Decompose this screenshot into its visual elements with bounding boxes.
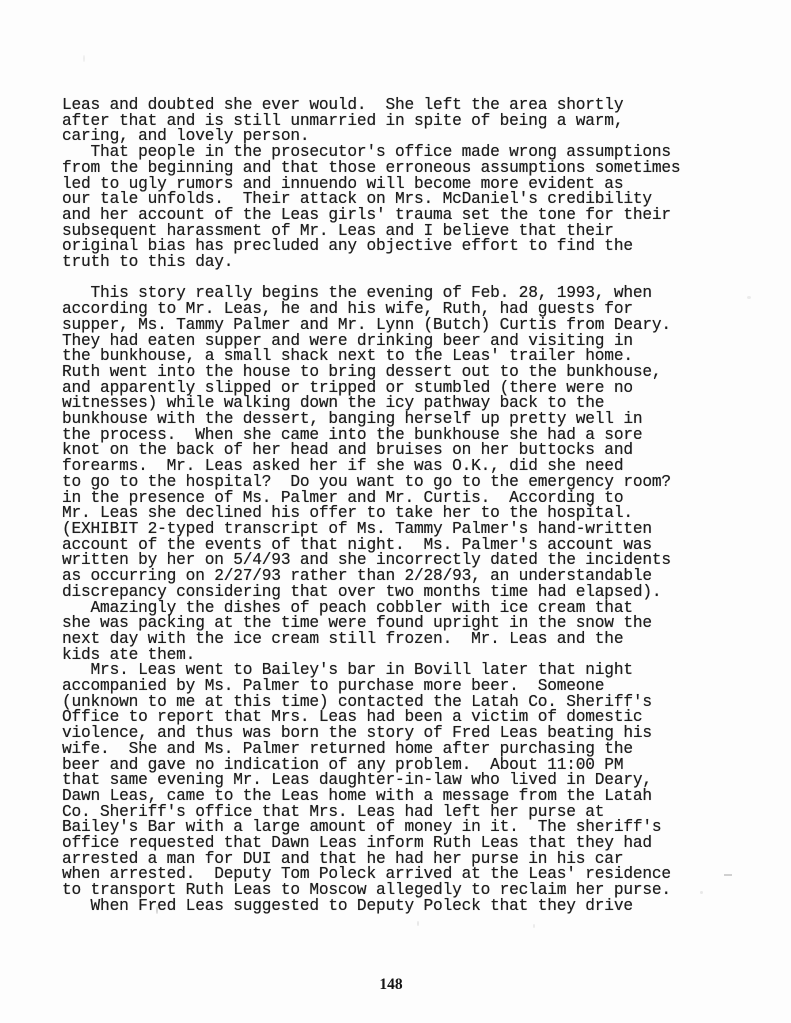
- scan-artifact: [700, 891, 703, 894]
- scan-artifact: [78, 198, 83, 202]
- page-number: 148: [0, 976, 782, 994]
- scan-artifact: [533, 924, 535, 928]
- scan-artifact: [747, 296, 751, 299]
- scan-artifact: [156, 906, 158, 914]
- text-line: When Fred Leas suggested to Deputy Polec…: [62, 899, 680, 915]
- scanned-document-page: Leas and doubted she ever would. She lef…: [0, 0, 791, 1023]
- scan-artifact: [417, 921, 419, 926]
- scan-artifact: [724, 874, 732, 876]
- scan-artifact: [83, 55, 85, 62]
- page-text: Leas and doubted she ever would. She lef…: [62, 98, 680, 915]
- text-line: truth to this day.: [62, 255, 680, 271]
